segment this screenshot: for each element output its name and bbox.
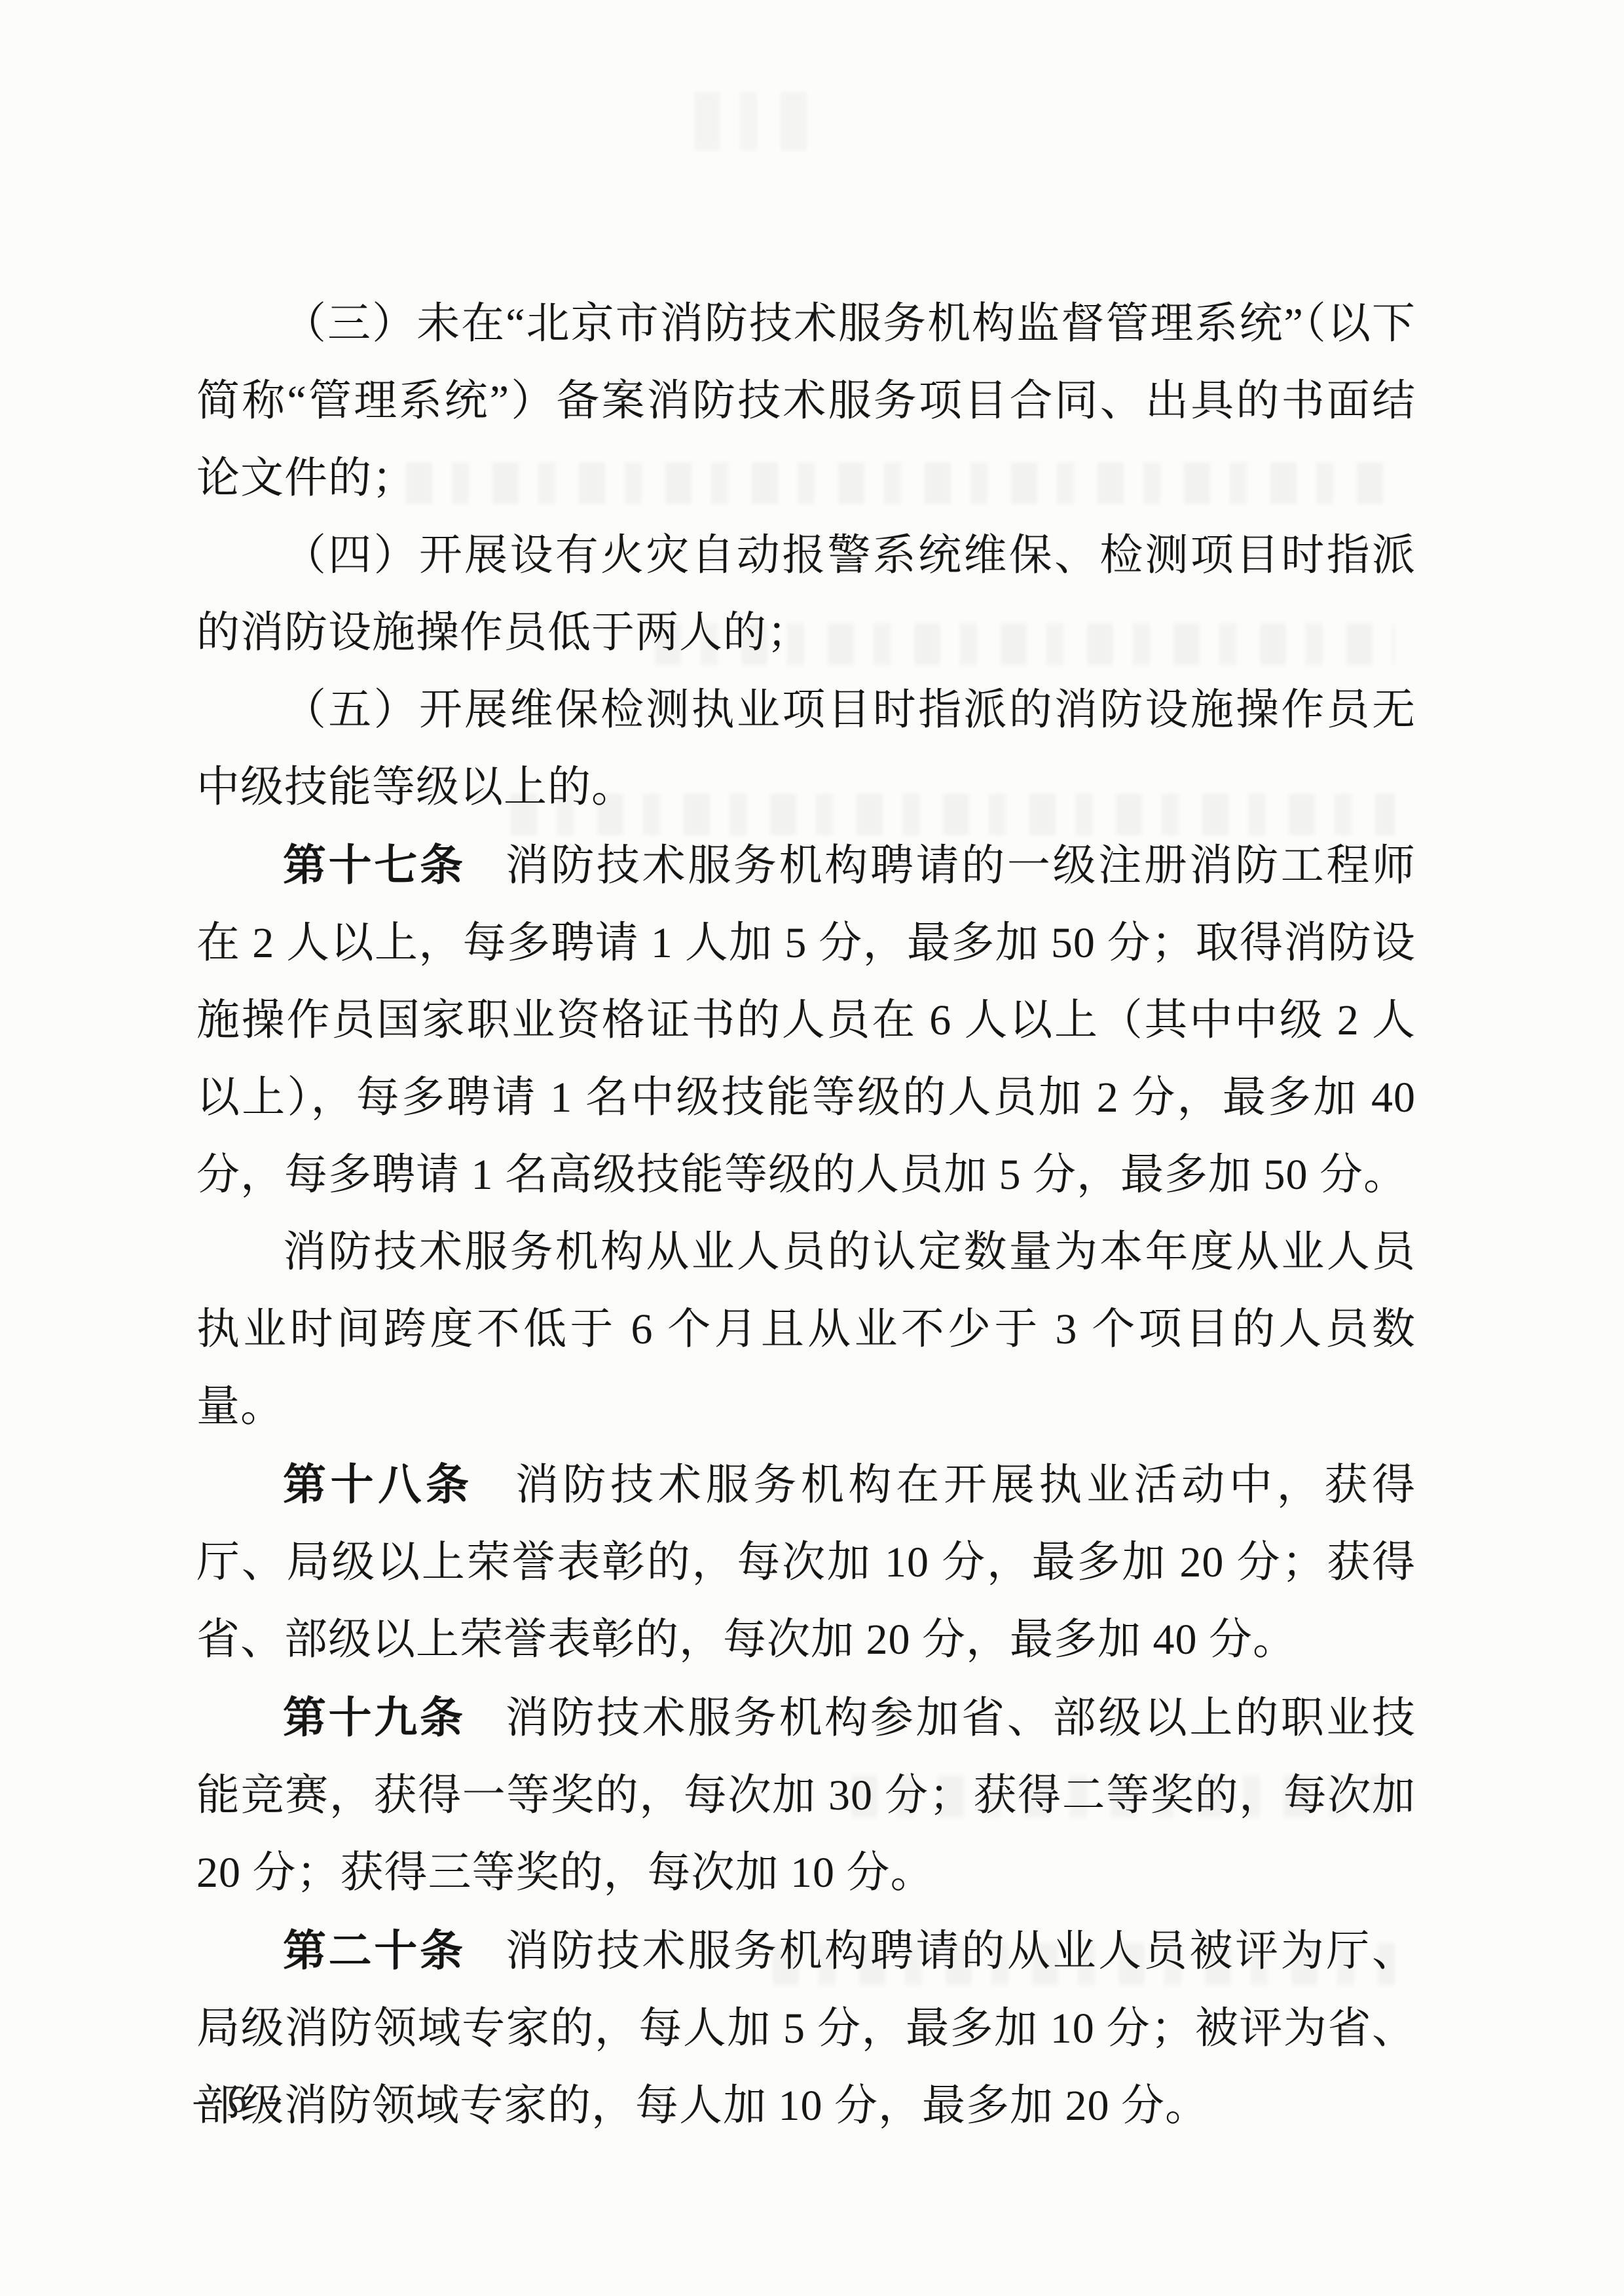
paragraph-article-18: 第十八条 消防技术服务机构在开展执业活动中，获得厅、局级以上荣誉表彰的，每次加 … [196, 1446, 1416, 1679]
article-number: 第二十条 [283, 1926, 466, 1975]
article-number: 第十七条 [283, 841, 466, 889]
paragraph-item-5: （五）开展维保检测执业项目时指派的消防设施操作员无中级技能等级以上的。 [196, 672, 1416, 826]
paragraph-text: （五）开展维保检测执业项目时指派的消防设施操作员无中级技能等级以上的。 [196, 686, 1416, 811]
paragraph-item-3: （三）未在“北京市消防技术服务机构监督管理系统”（以下简称“管理系统”）备案消防… [196, 285, 1416, 517]
showthrough-artifact [694, 92, 819, 151]
article-number: 第十九条 [283, 1693, 466, 1741]
paragraph-article-20: 第二十条 消防技术服务机构聘请的从业人员被评为厅、局级消防领域专家的，每人加 5… [196, 1912, 1416, 2145]
article-number: 第十八条 [283, 1460, 473, 1508]
paragraph-text: 消防技术服务机构从业人员的认定数量为本年度从业人员执业时间跨度不低于 6 个月且… [196, 1228, 1416, 1430]
paragraph-item-4: （四）开展设有火灾自动报警系统维保、检测项目时指派的消防设施操作员低于两人的； [196, 517, 1416, 672]
paragraph-article-17: 第十七条 消防技术服务机构聘请的一级注册消防工程师在 2 人以上，每多聘请 1 … [196, 826, 1416, 1214]
paragraph-article-19: 第十九条 消防技术服务机构参加省、部级以上的职业技能竞赛，获得一等奖的，每次加 … [196, 1679, 1416, 1912]
page-number: – 6 – [194, 2081, 283, 2119]
paragraph-text: （三）未在“北京市消防技术服务机构监督管理系统”（以下简称“管理系统”）备案消防… [196, 300, 1416, 502]
document-body: （三）未在“北京市消防技术服务机构监督管理系统”（以下简称“管理系统”）备案消防… [196, 285, 1416, 2145]
paragraph-text: 消防技术服务机构聘请的一级注册消防工程师在 2 人以上，每多聘请 1 人加 5 … [196, 842, 1416, 1199]
paragraph-article-17-note: 消防技术服务机构从业人员的认定数量为本年度从业人员执业时间跨度不低于 6 个月且… [196, 1214, 1416, 1446]
document-page: （三）未在“北京市消防技术服务机构监督管理系统”（以下简称“管理系统”）备案消防… [0, 0, 1624, 2296]
paragraph-text: （四）开展设有火灾自动报警系统维保、检测项目时指派的消防设施操作员低于两人的； [196, 532, 1416, 657]
